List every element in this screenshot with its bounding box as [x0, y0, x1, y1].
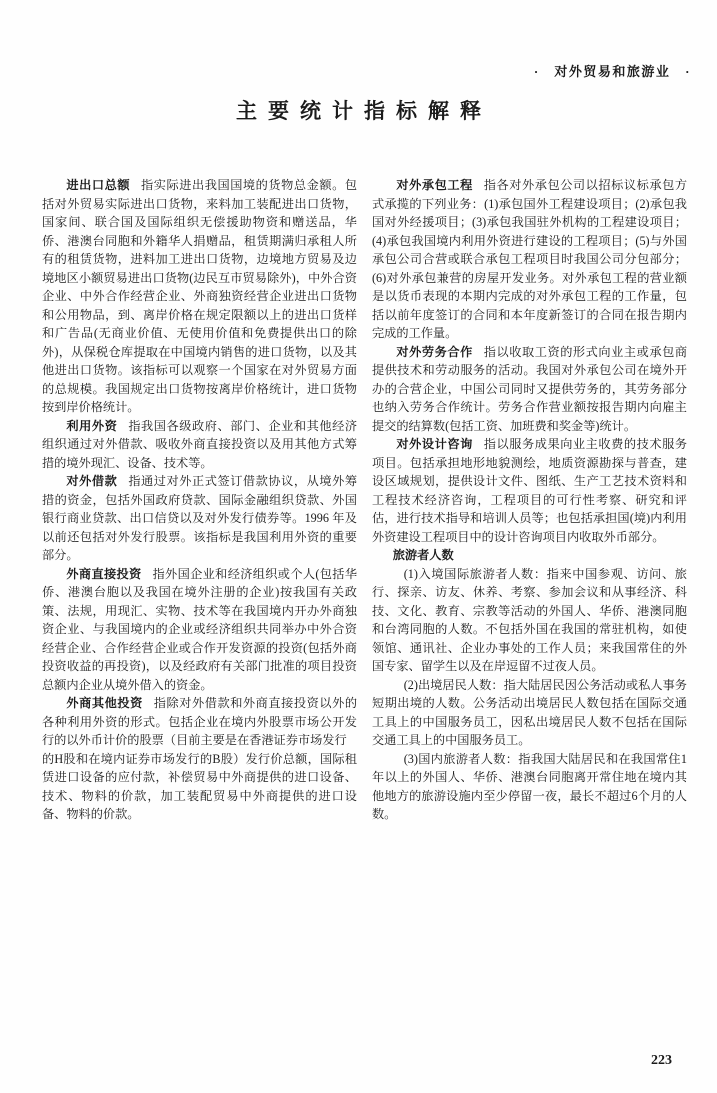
document-page: · 对外贸易和旅游业 · 主要统计指标解释 进出口总额指实际进出我国国境的货物总…: [0, 0, 717, 1093]
term-label: 进出口总额: [66, 178, 130, 192]
right-column: 对外承包工程指各对外承包公司以招标议标承包方式承揽的下列业务：(1)承包国外工程…: [372, 176, 687, 824]
running-head: · 对外贸易和旅游业 ·: [534, 61, 691, 80]
term-label: 利用外资: [66, 419, 117, 433]
left-column: 进出口总额指实际进出我国国境的货物总金额。包括对外贸易实际进出口货物，来料加工装…: [42, 176, 357, 824]
tourism-section-heading: 旅游者人数: [372, 546, 687, 565]
tourism-item-outbound: (2)出境居民人数：指大陆居民因公务活动或私人事务短期出境的人数。公务活动出境居…: [372, 676, 687, 750]
paragraph-foreign-direct-investment: 外商直接投资指外国企业和经济组织或个人(包括华侨、港澳台胞以及我国在境外注册的企…: [42, 565, 357, 695]
paragraph-contracted-projects: 对外承包工程指各对外承包公司以招标议标承包方式承揽的下列业务：(1)承包国外工程…: [372, 176, 687, 343]
paragraph-labor-cooperation: 对外劳务合作指以收取工资的形式向业主或承包商提供技术和劳动服务的活动。我国对外承…: [372, 343, 687, 436]
page-title: 主要统计指标解释: [0, 95, 717, 125]
term-label: 对外承包工程: [396, 178, 472, 192]
paragraph-other-foreign-investment: 外商其他投资指除对外借款和外商直接投资以外的各种利用外资的形式。包括企业在境内外…: [42, 694, 357, 824]
paragraph-design-consultation: 对外设计咨询指以服务成果向业主收费的技术服务项目。包括承担地形地貌测绘，地质资源…: [372, 435, 687, 546]
term-label: 外商直接投资: [66, 567, 141, 581]
term-label: 外商其他投资: [66, 696, 142, 710]
paragraph-text: 指除对外借款和外商直接投资以外的各种利用外资的形式。包括企业在境内外股票市场公开…: [42, 696, 357, 821]
paragraph-import-export-total: 进出口总额指实际进出我国国境的货物总金额。包括对外贸易实际进出口货物，来料加工装…: [42, 176, 357, 417]
content-columns: 进出口总额指实际进出我国国境的货物总金额。包括对外贸易实际进出口货物，来料加工装…: [42, 176, 687, 824]
paragraph-text: 指外国企业和经济组织或个人(包括华侨、港澳台胞以及我国在境外注册的企业)按我国有…: [42, 567, 357, 692]
page-number: 223: [651, 1053, 672, 1069]
tourism-item-inbound: (1)入境国际旅游者人数：指来中国参观、访问、旅行、探亲、访友、休养、考察、参加…: [372, 565, 687, 676]
paragraph-foreign-borrowing: 对外借款指通过对外正式签订借款协议，从境外筹措的资金，包括外国政府贷款、国际金融…: [42, 472, 357, 565]
term-label: 对外劳务合作: [396, 345, 472, 359]
paragraph-text: 指各对外承包公司以招标议标承包方式承揽的下列业务：(1)承包国外工程建设项目；(…: [372, 178, 687, 340]
paragraph-text: 指实际进出我国国境的货物总金额。包括对外贸易实际进出口货物，来料加工装配进出口货…: [42, 178, 357, 414]
tourism-item-domestic: (3)国内旅游者人数：指我国大陆居民和在我国常住1年以上的外国人、华侨、港澳台同…: [372, 750, 687, 824]
term-label: 对外借款: [66, 474, 117, 488]
paragraph-text: 指以服务成果向业主收费的技术服务项目。包括承担地形地貌测绘，地质资源勘探与普查，…: [372, 437, 687, 544]
paragraph-foreign-capital-utilized: 利用外资指我国各级政府、部门、企业和其他经济组织通过对外借款、吸收外商直接投资以…: [42, 417, 357, 473]
term-label: 对外设计咨询: [396, 437, 472, 451]
